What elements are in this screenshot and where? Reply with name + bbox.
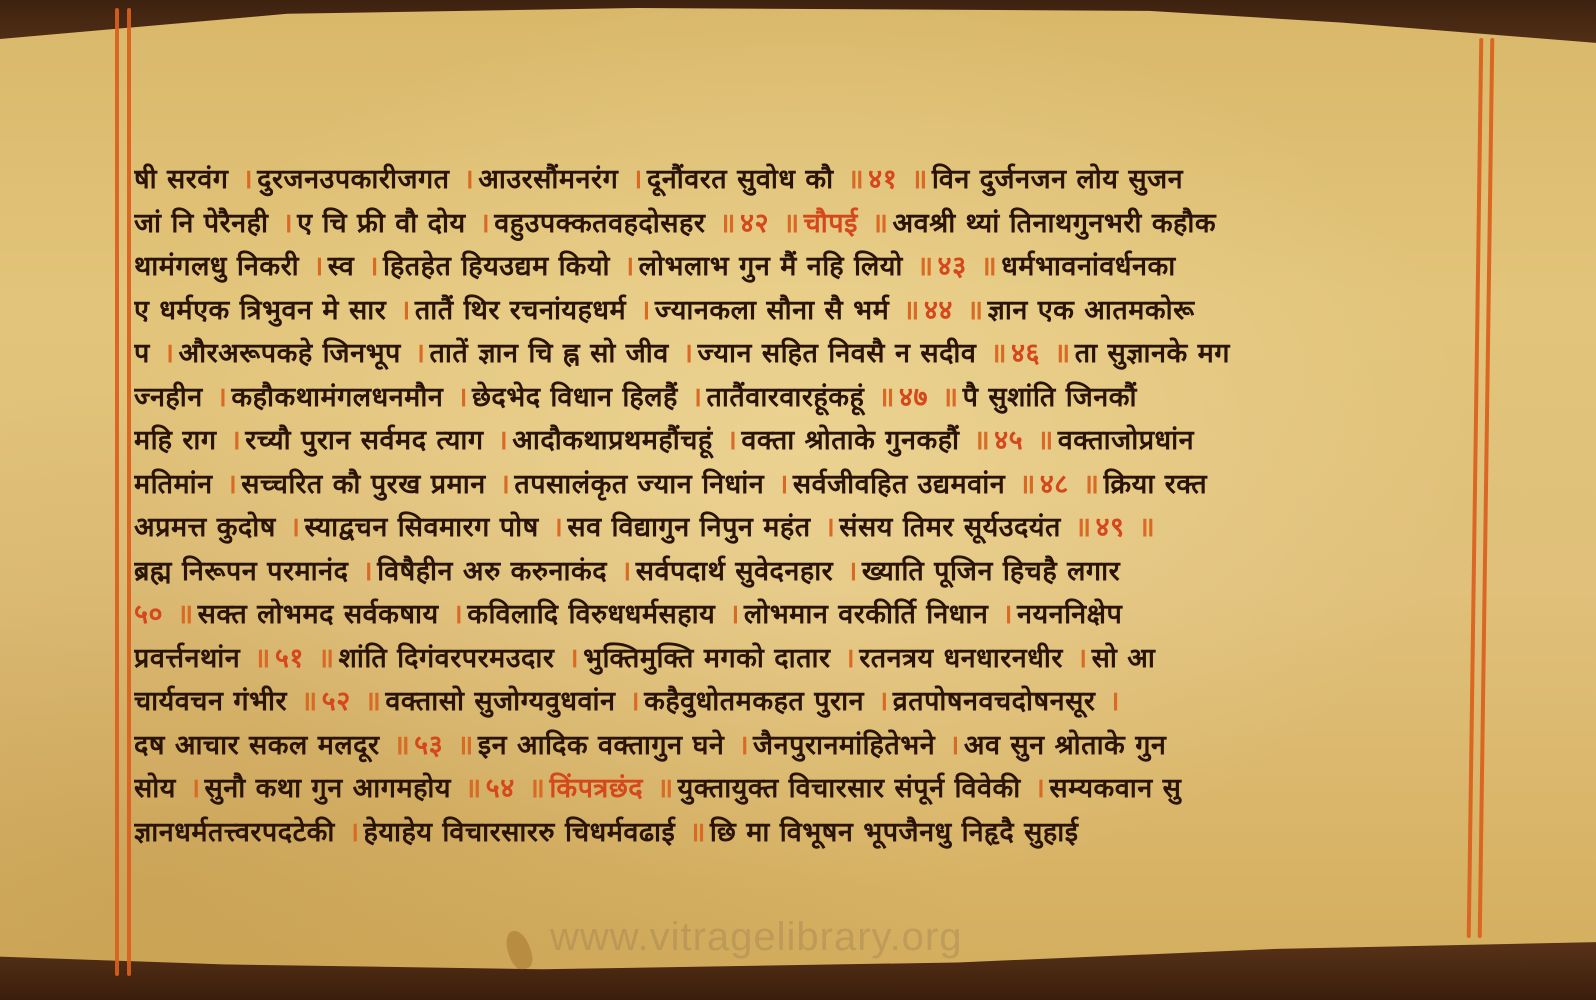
verse-text: षी सरवंग [134, 164, 238, 195]
verse-text: ज्यानकला सौना सै भर्म [655, 295, 899, 326]
verse-text: ख्याति पूजिन हिचहै लगार [862, 556, 1120, 587]
manuscript-line: सोय ।सुनौ कथा गुन आगमहोय ॥५४ ॥किंपत्रछंद… [134, 767, 1474, 811]
verse-text: अप्रमत्त कुदोष [134, 512, 286, 543]
rubric-text: ४२ [740, 208, 779, 239]
verse-text: तातैंवारवारहूंकहूं [707, 382, 875, 413]
verse-divider-mark: । [217, 382, 228, 413]
left-border-rule-outer [115, 8, 119, 976]
manuscript-line: ज्नहीन ।कहौकथामंगलधनमौन ।छेदभेद विधान हि… [134, 376, 1474, 420]
verse-divider-mark: । [282, 208, 293, 239]
verse-text: दुरजनउपकारीजगत [257, 164, 459, 195]
verse-text: वहुउपक्कतवहदोसहर [494, 208, 715, 239]
verse-text: कविलादि विरुधधर्मसहाय [467, 599, 725, 630]
verse-text: कहौकथामंगलधनमौन [231, 382, 453, 413]
verse-divider-mark: ॥ [465, 773, 482, 804]
verse-divider-mark: ॥ [973, 425, 990, 456]
verse-text: वक्तासो सुजोग्यवुधवांन [385, 686, 625, 717]
verse-text: धर्मभावनांवर्धनका [1001, 251, 1176, 282]
verse-divider-mark: ॥ [393, 730, 410, 761]
verse-divider-mark: ॥ [177, 599, 194, 630]
manuscript-line: ५० ॥सक्त लोभमद सर्वकषाय ।कविलादि विरुधधर… [134, 593, 1474, 637]
rubric-text: ४१ [868, 164, 907, 195]
verse-text: ज्ञान एक आतमकोरू [988, 295, 1195, 326]
verse-divider-mark: ॥ [657, 773, 674, 804]
verse-text: शांति दिगंवरपरमउदार [339, 643, 565, 674]
verse-divider-mark: । [231, 425, 242, 456]
rubric-text: ५३ [414, 730, 453, 761]
verse-text: इन आदिक वक्तागुन घने [478, 730, 735, 761]
verse-divider-mark: ॥ [365, 686, 382, 717]
verse-divider-mark: । [692, 382, 703, 413]
verse-divider-mark: । [553, 512, 564, 543]
verse-text: छेदभेद विधान हिलहैं [472, 382, 688, 413]
verse-divider-mark: । [825, 512, 836, 543]
verse-text: जां नि पेरैनही [134, 208, 278, 239]
rubric-text: ४४ [924, 295, 963, 326]
verse-divider-mark: ॥ [689, 817, 706, 848]
verse-divider-mark: । [632, 164, 643, 195]
verse-text: वक्ता श्रोताके गुनकहौं [741, 425, 969, 456]
manuscript-line: दष आचार सकल मलदूर ॥५३ ॥इन आदिक वक्तागुन … [134, 724, 1474, 768]
rubric-text: किंपत्रछंद [549, 773, 653, 804]
rubric-text: ५१ [275, 643, 314, 674]
manuscript-line: ब्रह्म निरूपन परमानंद ।विषैहीन अरु करुना… [134, 550, 1474, 594]
verse-divider-mark: । [190, 773, 201, 804]
manuscript-line: ए धर्मएक त्रिभुवन मे सार ।तातैं थिर रचना… [134, 289, 1474, 333]
rubric-text: ४९ [1096, 512, 1135, 543]
manuscript-line: मतिमांन ।सच्चरित कौ पुरख प्रमान ।तपसालंक… [134, 463, 1474, 507]
verse-text: अवश्री थ्यां तिनाथगुनभरी कहौक [892, 208, 1216, 239]
verse-text: चार्यवचन गंभीर [134, 686, 297, 717]
manuscript-line: महि राग ।रच्यौ पुरान सर्वमद त्याग ।आदौकथ… [134, 419, 1474, 463]
verse-text: ए चि फ्री वौ दोय [297, 208, 475, 239]
rubric-text: ४५ [994, 425, 1033, 456]
verse-text: कहैवुधोतमकहत पुरान [644, 686, 874, 717]
verse-text: संसय तिमर सूर्यउदयंत [839, 512, 1071, 543]
rubric-text: ४८ [1040, 469, 1079, 500]
verse-divider-mark: ॥ [1139, 512, 1156, 543]
verse-text: ब्रह्म निरूपन परमानंद [134, 556, 358, 587]
verse-text: पै सुशांति जिनकौं [963, 382, 1137, 413]
verse-divider-mark: ॥ [1019, 469, 1036, 500]
verse-text: क्रिया रक्त [1103, 469, 1207, 500]
verse-text: सम्यकवान सु [1049, 773, 1181, 804]
manuscript-text: षी सरवंग ।दुरजनउपकारीजगत ।आउरसौंमनरंग ।द… [134, 158, 1474, 854]
verse-text: आउरसौंमनरंग [478, 164, 628, 195]
verse-divider-mark: । [480, 208, 491, 239]
verse-divider-mark: ॥ [318, 643, 335, 674]
verse-divider-mark: । [729, 599, 740, 630]
watermark: www.vitragelibrary.org [550, 915, 963, 960]
rubric-text: ४७ [899, 382, 938, 413]
verse-text: विन दुर्जनजन लोय सुजन [932, 164, 1183, 195]
verse-text: दष आचार सकल मलदूर [134, 730, 389, 761]
verse-text: ज्नहीन [134, 382, 213, 413]
verse-text: महि राग [134, 425, 227, 456]
verse-text: सोय [134, 773, 186, 804]
verse-divider-mark: । [227, 469, 238, 500]
verse-divider-mark: ॥ [981, 251, 998, 282]
verse-divider-mark: । [949, 730, 960, 761]
verse-text: भुक्तिमुक्ति मगको दातार [583, 643, 840, 674]
verse-divider-mark: । [1002, 599, 1013, 630]
verse-divider-mark: ॥ [783, 208, 800, 239]
verse-divider-mark: । [738, 730, 749, 761]
verse-text: तातैं थिर रचनांयहधर्म [415, 295, 636, 326]
verse-divider-mark: । [1109, 686, 1120, 717]
verse-text: प्रवर्त्तनथांन [134, 643, 250, 674]
verse-text: सो आ [1092, 643, 1156, 674]
verse-divider-mark: ॥ [903, 295, 920, 326]
verse-text: सव विद्यागुन निपुन महंत [567, 512, 820, 543]
verse-text: सच्चरित कौ पुरख प्रमान [241, 469, 495, 500]
verse-text: ज्ञानधर्मतत्त्वरपदटेकी [134, 817, 345, 848]
rubric-text: ५० [134, 599, 173, 630]
verse-divider-mark: । [400, 295, 411, 326]
verse-divider-mark: । [362, 556, 373, 587]
manuscript-line: प्रवर्त्तनथांन ॥५१ ॥शांति दिगंवरपरमउदार … [134, 637, 1474, 681]
verse-text: विषैहीन अरु करुनाकंद [377, 556, 617, 587]
verse-divider-mark: । [164, 338, 175, 369]
verse-divider-mark: । [624, 251, 635, 282]
verse-text: दूनौंवरत सुवोध कौ [647, 164, 844, 195]
verse-text: हेयाहेय विचारसाररु चिधर्मवढाई [364, 817, 686, 848]
verse-divider-mark: । [453, 599, 464, 630]
verse-text: जैनपुरानमांहितेभने [753, 730, 945, 761]
verse-divider-mark: । [498, 425, 509, 456]
manuscript-line: थामंगलधु निकरी ।स्व ।हितहेत हियउद्यम किय… [134, 245, 1474, 289]
verse-divider-mark: । [683, 338, 694, 369]
verse-text: अव सुन श्रोताके गुन [964, 730, 1167, 761]
verse-divider-mark: । [349, 817, 360, 848]
verse-divider-mark: । [878, 686, 889, 717]
verse-divider-mark: । [640, 295, 651, 326]
rubric-text: ४६ [1011, 338, 1050, 369]
verse-text: युक्तायुक्त विचारसार संपूर्न विवेकी [678, 773, 1031, 804]
verse-text: तपसालंकृत ज्यान निधांन [514, 469, 774, 500]
verse-text: सक्त लोभमद सर्वकषाय [198, 599, 449, 630]
verse-divider-mark: ॥ [911, 164, 928, 195]
verse-divider-mark: । [368, 251, 379, 282]
verse-divider-mark: । [629, 686, 640, 717]
rubric-text: ५२ [322, 686, 361, 717]
verse-divider-mark: ॥ [1083, 469, 1100, 500]
verse-divider-mark: । [847, 556, 858, 587]
verse-text: वक्ताजोप्रधांन [1058, 425, 1194, 456]
verse-text: सर्वपदार्थ सुवेदनहार [636, 556, 843, 587]
verse-divider-mark: ॥ [529, 773, 546, 804]
verse-text: ज्यान सहित निवसै न सदीव [697, 338, 986, 369]
verse-text: लोभमान वरकीर्ति निधान [744, 599, 998, 630]
verse-divider-mark: । [500, 469, 511, 500]
verse-text: रतनत्रय धनधारनधीर [859, 643, 1073, 674]
rubric-text: चौपई [804, 208, 868, 239]
verse-text: स्व [328, 251, 364, 282]
verse-divider-mark: । [457, 382, 468, 413]
verse-divider-mark: ॥ [847, 164, 864, 195]
manuscript-line: चार्यवचन गंभीर ॥५२ ॥वक्तासो सुजोग्यवुधवा… [134, 680, 1474, 724]
verse-divider-mark: ॥ [457, 730, 474, 761]
manuscript-line: षी सरवंग ।दुरजनउपकारीजगत ।आउरसौंमनरंग ।द… [134, 158, 1474, 202]
verse-text: हितहेत हियउद्यम कियो [383, 251, 620, 282]
verse-divider-mark: ॥ [967, 295, 984, 326]
manuscript-line: जां नि पेरैनही ।ए चि फ्री वौ दोय ।वहुउपक… [134, 202, 1474, 246]
verse-text: स्याद्वचन सिवमारग पोष [305, 512, 549, 543]
verse-text: प [134, 338, 160, 369]
verse-text: औरअरूपकहे जिनभूप [178, 338, 410, 369]
verse-divider-mark: ॥ [990, 338, 1007, 369]
verse-divider-mark: । [778, 469, 789, 500]
rubric-text: ५४ [486, 773, 525, 804]
verse-text: ता सुज्ञानके मग [1075, 338, 1230, 369]
verse-divider-mark: । [844, 643, 855, 674]
verse-divider-mark: । [313, 251, 324, 282]
verse-divider-mark: ॥ [301, 686, 318, 717]
verse-text: लोभलाभ गुन मैं नहि लियो [639, 251, 913, 282]
verse-text: नयननिक्षेप [1017, 599, 1122, 630]
manuscript-line: प ।औरअरूपकहे जिनभूप ।तातें ज्ञान चि ह्न … [134, 332, 1474, 376]
verse-text: व्रतपोषनवचदोषनसूर [893, 686, 1106, 717]
rubric-text: ४३ [938, 251, 977, 282]
verse-divider-mark: । [242, 164, 253, 195]
verse-divider-mark: ॥ [1075, 512, 1092, 543]
manuscript-line: ज्ञानधर्मतत्त्वरपदटेकी ।हेयाहेय विचारसार… [134, 811, 1474, 855]
verse-divider-mark: । [1035, 773, 1046, 804]
verse-text: छि मा विभूषन भूपजैनधु निहृदै सुहाई [710, 817, 1079, 848]
verse-divider-mark: । [727, 425, 738, 456]
verse-text: आदौकथाप्रथमहौंचहूं [512, 425, 722, 456]
verse-text: सुनौ कथा गुन आगमहोय [205, 773, 461, 804]
verse-divider-mark: ॥ [719, 208, 736, 239]
verse-divider-mark: ॥ [917, 251, 934, 282]
verse-divider-mark: । [568, 643, 579, 674]
manuscript-line: अप्रमत्त कुदोष ।स्याद्वचन सिवमारग पोष ।स… [134, 506, 1474, 550]
verse-text: ए धर्मएक त्रिभुवन मे सार [134, 295, 396, 326]
verse-divider-mark: । [621, 556, 632, 587]
verse-divider-mark: । [1077, 643, 1088, 674]
verse-divider-mark: ॥ [1054, 338, 1071, 369]
verse-divider-mark: ॥ [872, 208, 889, 239]
verse-text: रच्यौ पुरान सर्वमद त्याग [245, 425, 493, 456]
verse-divider-mark: ॥ [1037, 425, 1054, 456]
verse-text: थामंगलधु निकरी [134, 251, 309, 282]
verse-divider-mark: ॥ [254, 643, 271, 674]
verse-divider-mark: ॥ [878, 382, 895, 413]
verse-text: मतिमांन [134, 469, 223, 500]
verse-divider-mark: । [290, 512, 301, 543]
verse-divider-mark: । [415, 338, 426, 369]
verse-text: सर्वजीवहित उद्यमवांन [793, 469, 1015, 500]
verse-divider-mark: ॥ [942, 382, 959, 413]
verse-text: तातें ज्ञान चि ह्न सो जीव [430, 338, 679, 369]
left-border-rule-inner [127, 8, 131, 976]
verse-divider-mark: । [463, 164, 474, 195]
